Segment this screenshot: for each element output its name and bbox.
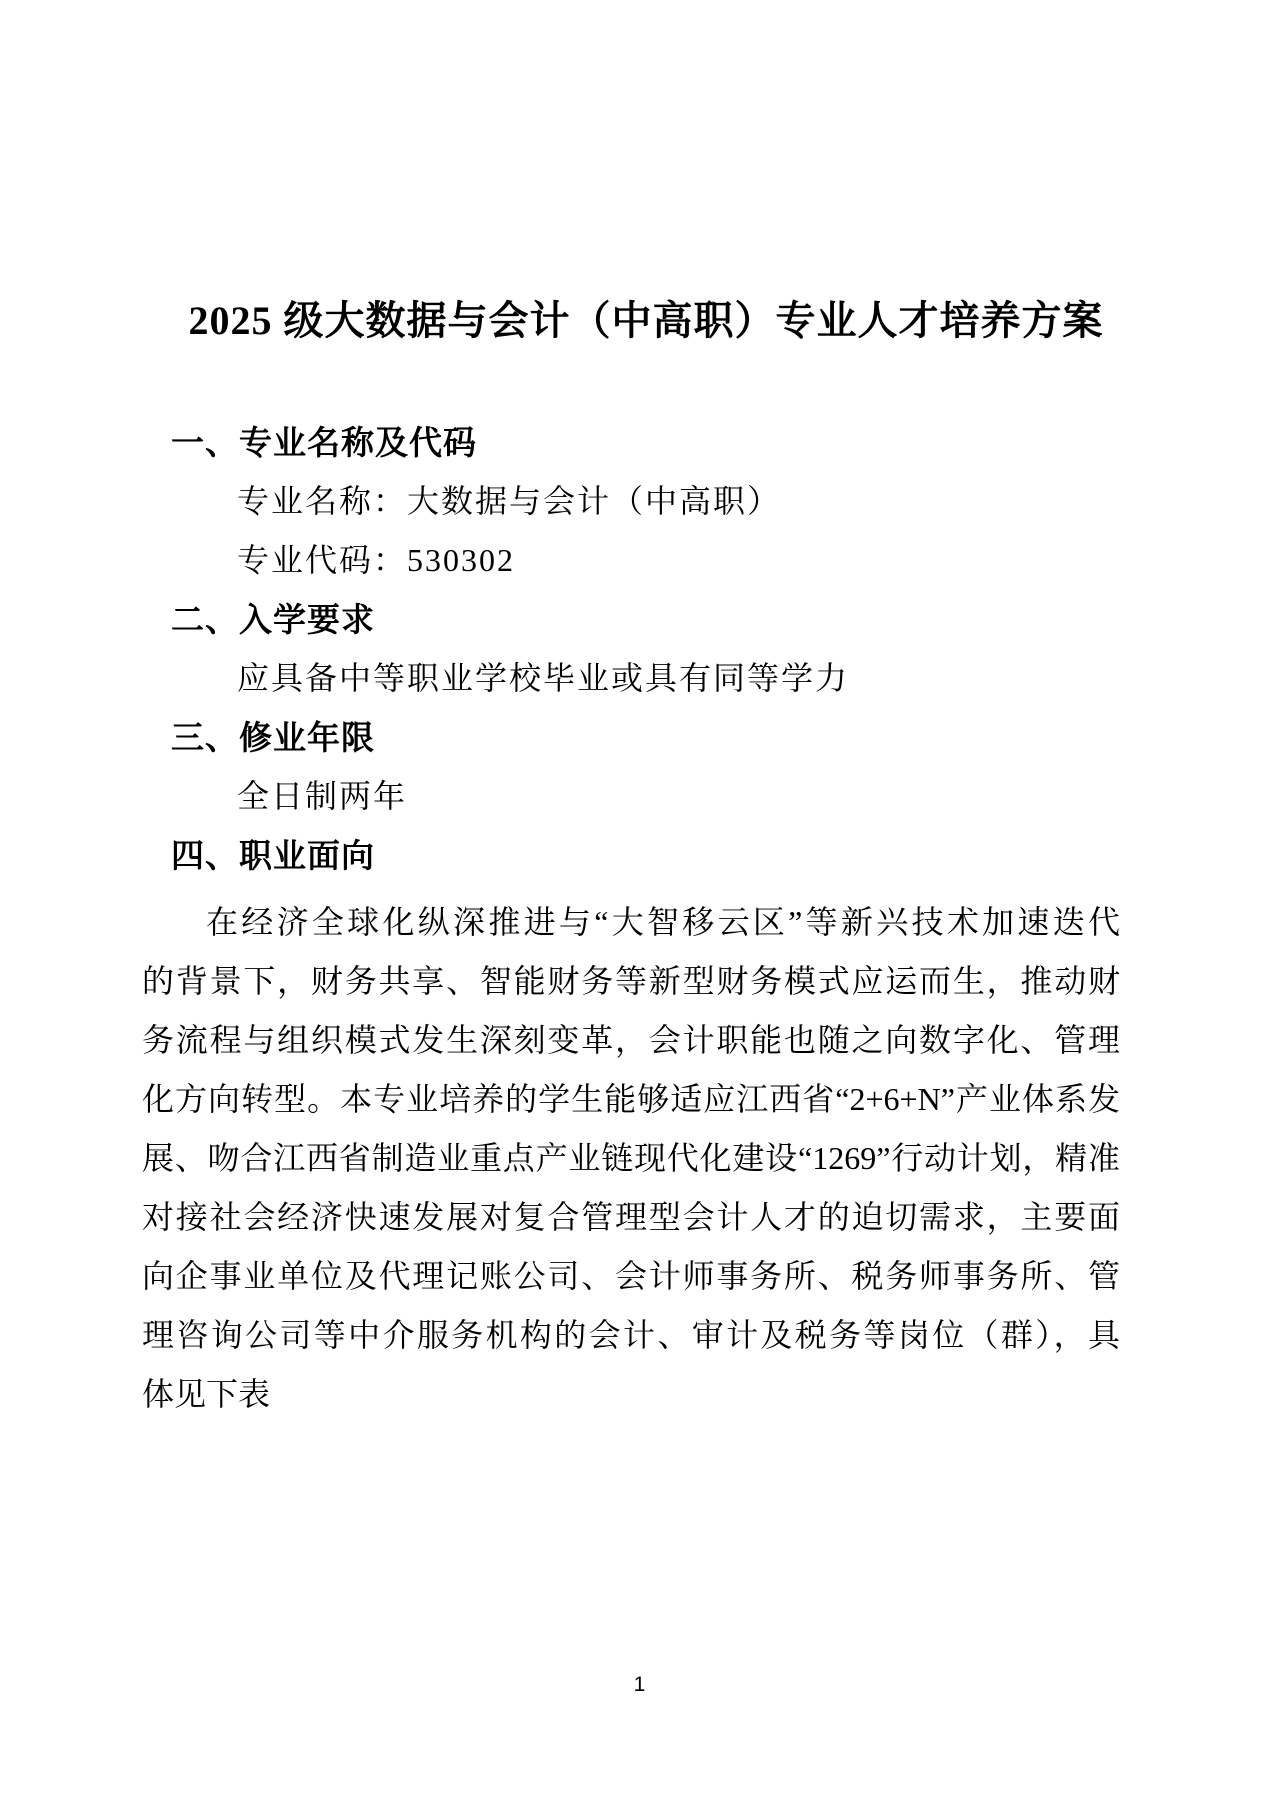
paragraph-line: 理咨询公司等中介服务机构的会计、审计及税务等岗位（群），具 [142, 1306, 1120, 1365]
paragraph-line: 务流程与组织模式发生深刻变革，会计职能也随之向数字化、管理 [142, 1011, 1120, 1070]
document-content: 2025 级大数据与会计（中高职）专业人才培养方案 一、专业名称及代码 专业名称… [142, 0, 1120, 1424]
section-heading-major-name-code: 一、专业名称及代码 [142, 413, 1120, 472]
section-heading-entry-requirements: 二、入学要求 [142, 590, 1120, 649]
study-duration-line: 全日制两年 [142, 767, 1120, 826]
career-orientation-paragraph: 在经济全球化纵深推进与“大智移云区”等新兴技术加速迭代 的背景下，财务共享、智能… [142, 893, 1120, 1424]
document-page: 2025 级大数据与会计（中高职）专业人才培养方案 一、专业名称及代码 专业名称… [0, 0, 1279, 1809]
major-name-line: 专业名称：大数据与会计（中高职） [142, 472, 1120, 531]
paragraph-line: 在经济全球化纵深推进与“大智移云区”等新兴技术加速迭代 [142, 893, 1120, 952]
document-title: 2025 级大数据与会计（中高职）专业人才培养方案 [142, 293, 1120, 349]
paragraph-line: 展、吻合江西省制造业重点产业链现代化建设“1269”行动计划，精准 [142, 1129, 1120, 1188]
paragraph-line: 的背景下，财务共享、智能财务等新型财务模式应运而生，推动财 [142, 952, 1120, 1011]
paragraph-line: 体见下表 [142, 1365, 1120, 1424]
section-heading-study-duration: 三、修业年限 [142, 708, 1120, 767]
entry-requirements-line: 应具备中等职业学校毕业或具有同等学力 [142, 649, 1120, 708]
paragraph-line: 化方向转型。本专业培养的学生能够适应江西省“2+6+N”产业体系发 [142, 1070, 1120, 1129]
section-heading-career-orientation: 四、职业面向 [142, 826, 1120, 885]
paragraph-line: 向企事业单位及代理记账公司、会计师事务所、税务师事务所、管 [142, 1247, 1120, 1306]
page-number: 1 [0, 1672, 1279, 1698]
paragraph-line: 对接社会经济快速发展对复合管理型会计人才的迫切需求，主要面 [142, 1188, 1120, 1247]
major-code-line: 专业代码：530302 [142, 531, 1120, 590]
